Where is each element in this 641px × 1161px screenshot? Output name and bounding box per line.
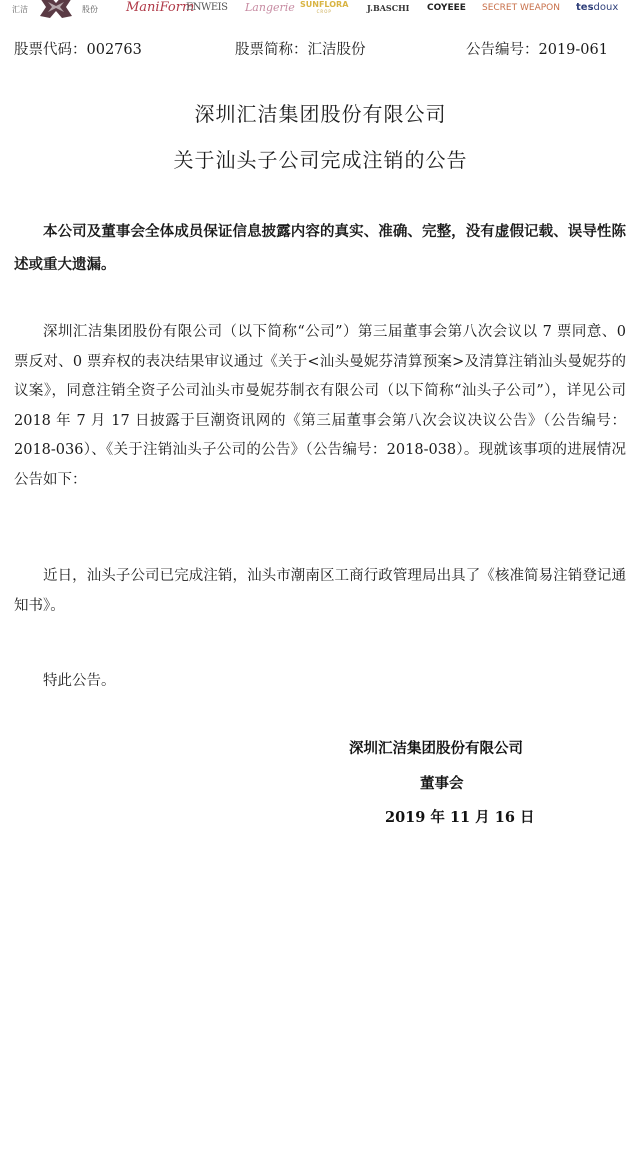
brand-tesdoux-logo: tesdoux (576, 1, 618, 15)
company-logo-icon (36, 0, 76, 20)
company-logo-left-text: 汇洁 (12, 3, 28, 17)
announcement-number: 公告编号：2019-061 (466, 40, 608, 60)
brand-enweis-logo: ENWEIS (186, 1, 227, 15)
brand-tesdoux-rest: doux (594, 2, 619, 13)
brand-tesdoux-bold: tes (576, 2, 594, 13)
document-title-company: 深圳汇洁集团股份有限公司 (0, 98, 641, 127)
stock-code: 股票代码：002763 (14, 40, 142, 60)
brand-sunflora-logo: SUNFLORA CROP (300, 0, 348, 14)
board-declaration: 本公司及董事会全体成员保证信息披露内容的真实、准确、完整，没有虚假记载、误导性陈… (14, 216, 626, 282)
brand-coyeee-logo: COYEEE (427, 1, 466, 15)
brand-jbaschi-logo: J.BASCHI (367, 1, 409, 15)
body-paragraph-2: 近日，汕头子公司已完成注销，汕头市潮南区工商行政管理局出具了《核准简易注销登记通… (14, 562, 626, 621)
stock-info-line: 股票代码：002763 股票简称：汇洁股份 公告编号：2019-061 (14, 40, 626, 60)
brand-sunflora-name: SUNFLORA (300, 0, 348, 9)
closing-statement: 特此公告。 (14, 667, 626, 697)
company-logo-right-text: 股份 (82, 3, 98, 17)
brand-sunflora-sub: CROP (300, 9, 348, 14)
document-title-subject: 关于汕头子公司完成注销的公告 (0, 144, 641, 173)
brand-langerie-logo: Langerie (245, 1, 295, 15)
signature-board: 董事会 (420, 772, 464, 793)
brand-secret-weapon-logo: SECRET WEAPON (482, 1, 560, 15)
signature-company: 深圳汇洁集团股份有限公司 (349, 737, 523, 758)
signature-date: 2019 年 11 月 16 日 (385, 806, 534, 827)
stock-short-name: 股票简称：汇洁股份 (235, 40, 366, 60)
body-paragraph-1: 深圳汇洁集团股份有限公司（以下简称“公司”）第三届董事会第八次会议以 7 票同意… (14, 318, 626, 495)
brand-maniform-logo: ManiForm (126, 1, 194, 15)
brand-header: 汇洁 股份 ManiForm ENWEIS Langerie SUNFLORA … (0, 0, 641, 20)
